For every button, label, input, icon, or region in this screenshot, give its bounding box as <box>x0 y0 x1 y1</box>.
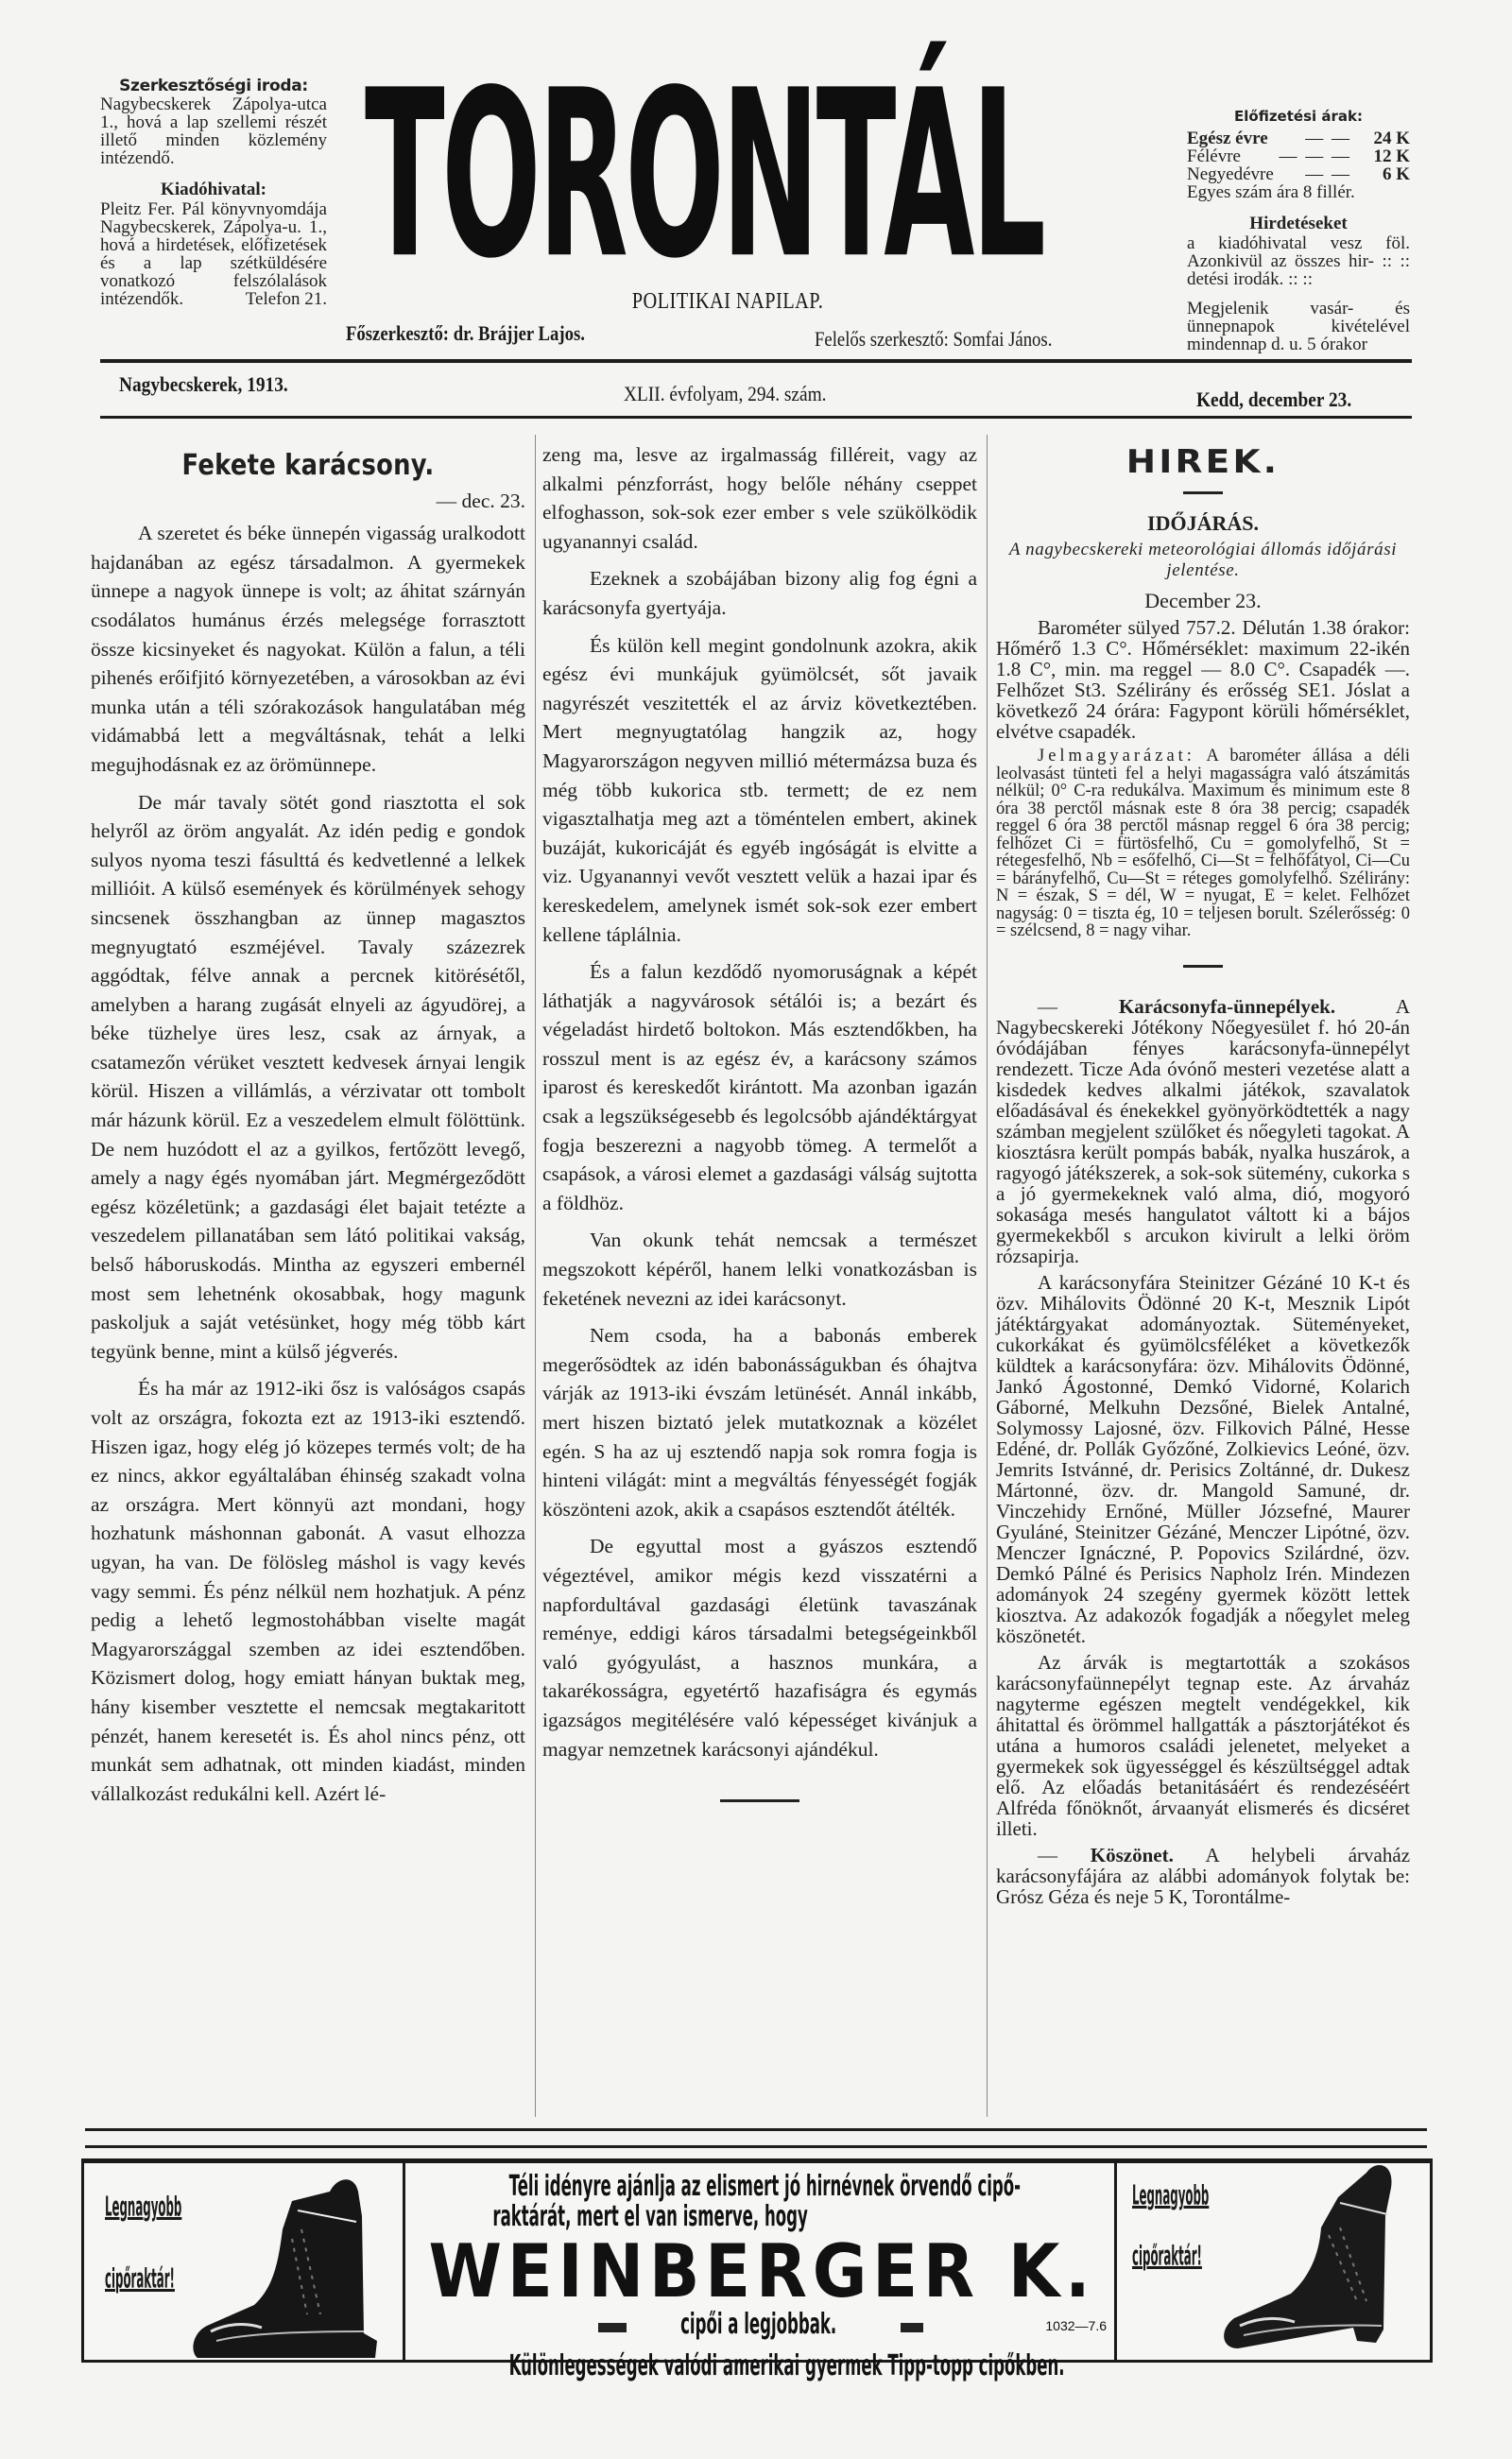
news-item-thanks: — Köszönet. A helybeli árvaház karácsony… <box>996 1845 1410 1907</box>
masthead-subtitle: POLITIKAI NAPILAP. <box>559 289 897 315</box>
news-paragraph: Az árvák is megtartották a szokásos kará… <box>996 1652 1410 1839</box>
weather-end-rule <box>1183 965 1223 968</box>
article-paragraph: De egyuttal most a gyászos esztendő vége… <box>542 1532 977 1763</box>
article-paragraph: És ha már az 1912-iki ősz is valóságos c… <box>91 1374 525 1808</box>
dateline-day: Kedd, december 23. <box>1196 387 1351 412</box>
masthead: TORONTÁL <box>363 74 1166 291</box>
column-divider <box>535 435 536 2117</box>
news-title: HIREK. <box>975 452 1431 473</box>
weather-subheading: A nagybecskereki meteorológiai állomás i… <box>996 540 1410 581</box>
article-paragraph: Nem csoda, ha a babonás emberek megerősö… <box>542 1321 977 1523</box>
article-column-2: zeng ma, lesve az irgalmasság filléreit,… <box>542 440 977 1821</box>
column-divider <box>987 435 988 2117</box>
ads-heading: Hirdetéseket <box>1187 215 1410 232</box>
article-paragraph: És külön kell megint gondolnunk azokra, … <box>542 631 977 950</box>
publishing-office-heading: Kiadóhivatal: <box>100 181 327 198</box>
footer-rule <box>85 2128 1427 2131</box>
editorial-office-box: Szerkesztőségi iroda: Nagybecskerek Zápo… <box>100 77 327 308</box>
article-column-1: Fekete karácsony. — dec. 23. A szeretet … <box>91 452 525 1816</box>
price-row-half-year: Félévre — — — 12 K <box>1187 147 1410 165</box>
masthead-title: TORONTÁL <box>365 68 1042 284</box>
ad-center-panel: Téli idényre ajánlja az elismert jó hirn… <box>411 2171 1110 2360</box>
weather-report: Barométer sülyed 757.2. Délután 1.38 óra… <box>996 617 1410 742</box>
ad-line-3: cipői a legjobbak. <box>680 2309 836 2341</box>
boot-icon <box>188 2173 402 2362</box>
weather-legend-label: Jelmagyarázat: <box>1038 747 1195 765</box>
article-title: Fekete karácsony. <box>121 452 495 481</box>
chief-editor-label: Főszerkesztő: <box>346 321 449 345</box>
article-date: — dec. 23. <box>91 487 525 516</box>
ad-code: 1032—7.6 <box>1045 2318 1107 2333</box>
publishing-schedule: Megjelenik vasár- és ünnepnapok kivételé… <box>1187 300 1410 353</box>
editorial-office-text: Nagybecskerek Zápolya-utca 1., hová a la… <box>100 95 327 167</box>
advertisement-banner: Legnagyobb cipőraktár! Téli idényre aján… <box>81 2158 1433 2363</box>
ad-line-1: Téli idényre ajánlja az elismert jó hirn… <box>509 2171 1013 2203</box>
ad-left-panel: Legnagyobb cipőraktár! <box>84 2163 405 2360</box>
price-row-quarter: Negyedévre — — 6 K <box>1187 165 1410 183</box>
boot-icon <box>1215 2159 1429 2360</box>
news-item-lead: Karácsonyfa-ünnepélyek. <box>1119 995 1335 1018</box>
news-paragraph: A karácsonyfára Steinitzer Gézáné 10 K-t… <box>996 1272 1410 1646</box>
dateline-place-year: Nagybecskerek, 1913. <box>119 372 288 397</box>
responsible-editor: Felelős szerkesztő: Somfai János. <box>815 327 1052 352</box>
publishing-office-text: Pleitz Fer. Pál könyvnyomdája Nagybecske… <box>100 200 327 308</box>
news-item-christmas: — Karácsonyfa-ünnepélyek. A Nagybecskere… <box>996 996 1410 1266</box>
ad-ornament <box>598 2323 627 2332</box>
ad-left-slogan-2: cipőraktár! <box>105 2263 175 2295</box>
weather-heading: IDŐJÁRÁS. <box>996 513 1410 534</box>
ad-brand-name: WEINBERGER K. <box>429 2231 1093 2313</box>
article-paragraph: És a falun kezdődő nyomoruságnak a képét… <box>542 957 977 1217</box>
ad-ornament <box>901 2323 923 2332</box>
news-title-rule <box>1183 491 1223 494</box>
subscription-box: Előfizetési árak: Egész évre — — 24 K Fé… <box>1187 108 1410 353</box>
news-item-lead: Köszönet. <box>1091 1844 1174 1866</box>
ads-text: a kiadóhivatal vesz föl. Azonkivül az ös… <box>1187 234 1410 288</box>
editorial-office-heading: Szerkesztőségi iroda: <box>100 77 327 95</box>
footer-rule <box>85 2145 1427 2148</box>
chief-editor: Főszerkesztő: dr. Brájjer Lajos. <box>346 321 585 346</box>
ad-right-slogan-2: cipőraktár! <box>1132 2241 1202 2272</box>
ad-line-2: raktárát, mert el van ismerve, hogy <box>492 2201 1009 2233</box>
chief-editor-name: dr. Brájjer Lajos. <box>454 321 585 345</box>
ad-line-3-row: cipői a legjobbak. 1032—7.6 <box>411 2313 1110 2341</box>
price-row-year: Egész évre — — 24 K <box>1187 129 1410 147</box>
single-issue-price: Egyes szám ára 8 fillér. <box>1187 183 1410 201</box>
dateline-rule <box>100 416 1412 419</box>
ad-right-slogan-1: Legnagyobb <box>1132 2180 1209 2211</box>
subscription-heading: Előfizetési árak: <box>1187 108 1410 126</box>
ad-left-slogan-1: Legnagyobb <box>105 2192 181 2223</box>
weather-legend: Jelmagyarázat: A barométer állása a déli… <box>996 748 1410 940</box>
article-paragraph: Ezeknek a szobájában bizony alig fog égn… <box>542 564 977 622</box>
ad-line-4: Különlegességek valódi amerikai gyermek … <box>509 2350 1013 2382</box>
weather-date: December 23. <box>996 591 1410 611</box>
header-rule <box>100 359 1412 363</box>
article-paragraph: Van okunk tehát nemcsak a természet megs… <box>542 1226 977 1313</box>
article-end-rule <box>720 1799 799 1802</box>
article-paragraph: zeng ma, lesve az irgalmasság filléreit,… <box>542 440 977 556</box>
news-column: HIREK. IDŐJÁRÁS. A nagybecskereki meteor… <box>996 452 1410 1913</box>
dateline-volume: XLII. évfolyam, 294. szám. <box>624 382 827 406</box>
ad-right-panel: Legnagyobb cipőraktár! <box>1114 2163 1430 2360</box>
article-paragraph: De már tavaly sötét gond riasztotta el s… <box>91 788 525 1367</box>
article-paragraph: A szeretet és béke ünnepén vigasság ural… <box>91 519 525 779</box>
phone-number: Telefon 21. <box>246 290 327 308</box>
